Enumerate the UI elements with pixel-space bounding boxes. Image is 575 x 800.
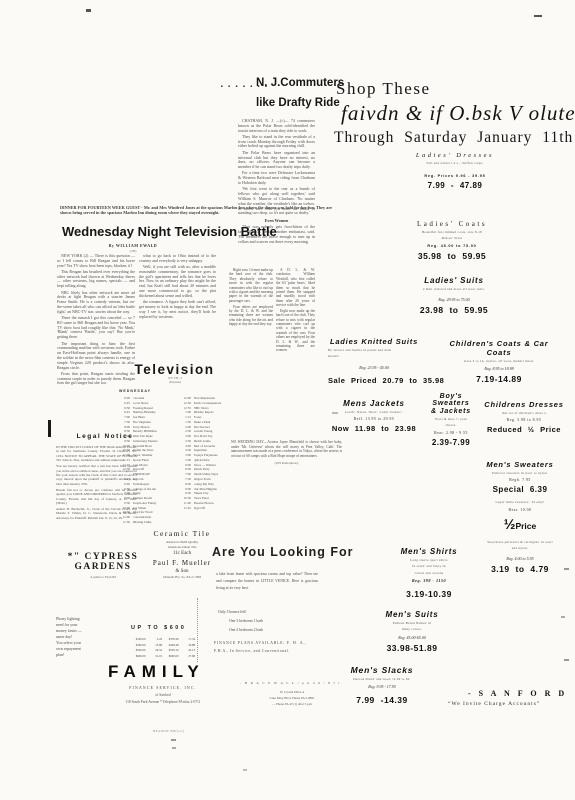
shop-these-line: Shop These bbox=[336, 79, 431, 99]
ad-line: America's BeM Quality bbox=[128, 540, 236, 544]
ad-item-boys-sweaters: Boy's Sweaters & Jackets Wool & shoe 7, … bbox=[421, 393, 481, 447]
item-sale-price: Now 11.98 to 23.98 bbox=[330, 424, 418, 433]
article-paragraph: Well, if you are still with us, after a … bbox=[139, 265, 216, 299]
article-paragraph: The Polar Bears have organized into an i… bbox=[238, 151, 315, 170]
item-title: Men's Slacks bbox=[338, 665, 426, 675]
home-option-1: One 3 bedroom 1 bath bbox=[229, 619, 263, 623]
home-option-2: One 2 bedroom 2 bath bbox=[229, 628, 263, 632]
half-glyph: ½ bbox=[504, 516, 516, 532]
item-title: Ladies' Suits bbox=[408, 276, 500, 285]
item-sale-price: 23.98 to 59.95 bbox=[408, 305, 500, 315]
photo-caption: DINNER FOR FOURTEEN WEEK GUEST - Mr. and… bbox=[60, 205, 332, 216]
loan-rate-table: $100.005.43$376.3617.34$300.0015.98$428.… bbox=[129, 637, 195, 660]
item-fineprint: Long sleeve sport shirts bbox=[396, 558, 462, 562]
finance-plans-line: FINANCE PLANS AVAILABLE: F. H. A., bbox=[214, 641, 307, 645]
commuters-headline-line2: like Drafty Ride bbox=[256, 97, 340, 109]
listing-program: Sign Off bbox=[194, 506, 237, 511]
item-reg-price: Reg. Prices 9.96 - 39.95 bbox=[403, 174, 507, 178]
article-paragraph: NBC likely has other network ate more ad… bbox=[57, 291, 135, 315]
item-fineprint: Our lot of children's dress a bbox=[484, 411, 564, 415]
ad-item-childrens-coats: Children's Coats & Car Coats sizes 3 to … bbox=[438, 339, 560, 384]
item-reg-price: Reg. 29.95 to 75.00 bbox=[408, 297, 500, 302]
tv-battle-col2: what to go back to Ohio instead of to th… bbox=[139, 254, 216, 321]
item-title: Men's Suits bbox=[380, 610, 444, 619]
item-sale-price: 7.99 -14.39 bbox=[338, 695, 426, 705]
item-sale-price: Special 6.39 bbox=[476, 485, 564, 494]
television-day-label: WEDNESDAY bbox=[119, 389, 151, 393]
item-sale-price: 7.19-14.89 bbox=[438, 374, 560, 384]
ad-title2: GARDENS bbox=[66, 562, 140, 572]
byline: By WILLIAM EWALD bbox=[88, 243, 178, 248]
item-fineprint: Leath', Nylon, Wool', Cadet Jackets'. bbox=[330, 410, 418, 414]
item-fineprint: By Jersaci and Seebia in pastel and dark bbox=[328, 348, 420, 352]
item-sale-price: Reduced ½ Price bbox=[484, 425, 564, 434]
scan-speck bbox=[564, 568, 569, 570]
wire-agency: (UPI) bbox=[88, 249, 178, 253]
scan-speck bbox=[171, 739, 176, 741]
ad-item-ladies-suits: Ladies' Suits 2 Knit tailored and dress … bbox=[408, 276, 500, 315]
article-paragraph: Right now 14 men make up the hard core o… bbox=[229, 268, 273, 303]
item-reg-price: Reg. 398 - 1150 bbox=[396, 578, 462, 583]
half-price-mark: ½Price bbox=[476, 516, 564, 534]
ad-tagline: A guide to FloridM bbox=[66, 575, 140, 579]
item-fineprint: many colors. bbox=[380, 627, 444, 631]
legal-paragraph: IN THE CIRCUIT COURT OF THE Ninth Judici… bbox=[56, 445, 137, 463]
item-reg-price: Rear. 2.98 - 9.55 bbox=[421, 431, 481, 435]
item-title: Childrens Dresses bbox=[484, 400, 564, 409]
legal-paragraph: Herein fail not or decree pro confesso w… bbox=[56, 488, 137, 506]
item-title: Men's Shirts bbox=[396, 547, 462, 556]
family-finance-city: of Sanford bbox=[104, 693, 222, 697]
loan-amount-headline: UP TO $600 bbox=[131, 625, 186, 631]
item-reg-price: Reg. 4.00 to 5.95 bbox=[476, 556, 564, 561]
cell: $600.00 bbox=[162, 654, 179, 660]
column-rule bbox=[197, 598, 198, 662]
legend-line: (Daytona) bbox=[135, 381, 215, 385]
ad-item-ladies-knitted-suits: Ladies Knitted Suits By Jersaci and Seeb… bbox=[328, 337, 420, 385]
commuters-continuation-col2: A D. L. & W. conductor, William Westfall… bbox=[276, 268, 315, 354]
item-reg-price: Reg. 9.95 - 17.95 bbox=[338, 684, 426, 689]
item-reg-price: Regb. 7.95 bbox=[476, 478, 564, 482]
item-reg-price: Reg. 23.95 - 45.00 bbox=[328, 365, 420, 370]
cell: 31.19 bbox=[146, 654, 163, 660]
item-fineprint: Dacron blend' and wool, in 29 to 50. bbox=[338, 677, 426, 681]
item-fineprint: 2 Knit tailored and dress all wool suits… bbox=[408, 287, 500, 291]
photo-credit: (UPI Radiophoto) bbox=[231, 461, 342, 465]
cell: $600.00 bbox=[129, 654, 146, 660]
legal-notice-body: IN THE CIRCUIT COURT OF THE Ninth Judici… bbox=[56, 445, 137, 522]
ad-item-mens-sweaters: Men's Sweaters Pullover sweaters in wool… bbox=[476, 460, 564, 574]
item-reg-price: Reg. 3.98 to 8.95 bbox=[484, 418, 564, 422]
listing-program: Missing Links bbox=[133, 520, 176, 525]
family-finance-address: 118 South Park Avenue * Telephone FAirfa… bbox=[80, 700, 246, 704]
item-title: Ladies' Coats bbox=[398, 220, 506, 228]
cypress-gardens-ad: *" CYPRESS GARDENS A guide to FloridM bbox=[66, 552, 140, 579]
charge-accounts-line: “We Invite Charge Accounts” bbox=[448, 701, 540, 707]
tv-listings-col2: 12:00First Impression12:30Truth, Consequ… bbox=[178, 396, 236, 510]
ad-item-mens-suits: Men's Suits Famous Brand Names' in many … bbox=[380, 610, 444, 653]
item-fineprint: choice. bbox=[421, 423, 481, 427]
item-title2: & Jackets bbox=[421, 408, 481, 415]
bracewell-line3: Lake Mary Blvd. Phone FA 2-0881 bbox=[250, 696, 334, 700]
item-fineprint: Pullover sweaters in wool or nylon. bbox=[476, 471, 564, 475]
article-paragraph: the romance. A figure they both can't af… bbox=[139, 300, 216, 319]
caption-text: NO WEDDING DAY—Actress Jayne Mansfield i… bbox=[231, 440, 342, 459]
item-fineprint: Fall and winter i n a , chiffon crepe. bbox=[403, 161, 507, 165]
footer-mark-text: HEADNW BB(few) bbox=[153, 729, 185, 733]
ad-item-ladies-dresses: Ladies' Dresses Fall and winter i n a , … bbox=[403, 152, 507, 190]
tv-listing-row: 11:45Sign Off bbox=[178, 506, 236, 511]
item-fineprint: Wool & shoe 7, your bbox=[421, 417, 481, 421]
item-sale-price: 33.98-51.89 bbox=[380, 643, 444, 653]
margin-mark bbox=[48, 420, 51, 437]
looking-for-headline: Are You Looking For bbox=[212, 545, 353, 559]
family-finance-logo: FAMILY bbox=[108, 662, 205, 682]
scan-speck bbox=[561, 616, 565, 618]
item-title: Men's Sweaters bbox=[476, 460, 564, 469]
item-fineprint: shades'. bbox=[328, 354, 420, 358]
item-sale-price: 3.19 to 4.79 bbox=[476, 564, 564, 574]
item-reg-price: Reff. 13.95 to 29.95 bbox=[330, 417, 418, 421]
item-fineprint: cotton and cottons bbox=[396, 571, 462, 575]
tv-battle-headline: Wednesday Night Television Battle bbox=[62, 224, 277, 239]
item-title: Mens Jackets bbox=[330, 399, 418, 408]
item-fineprint: Famous Brand Names' in bbox=[380, 621, 444, 625]
article-paragraph: Four others are employed by the D. L. & … bbox=[229, 305, 273, 327]
item-fineprint: Beautiful fur-trimmed coats, size 8-18 bbox=[398, 230, 506, 234]
article-paragraph: There the rumash I got this canceled — s… bbox=[57, 316, 135, 340]
item-sale-price: 7.99 - 47.89 bbox=[403, 181, 507, 190]
ad-line: plan! bbox=[56, 652, 105, 658]
mansfield-photo-caption: NO WEDDING DAY—Actress Jayne Mansfield i… bbox=[231, 440, 342, 465]
ad-title: *" CYPRESS bbox=[66, 552, 140, 562]
newspaper-scan-page: { "colors": {"ink": "#1a1a1a", "paper": … bbox=[0, 0, 575, 800]
ad-item-ladies-coats: Ladies' Coats Beautiful fur-trimmed coat… bbox=[398, 220, 506, 261]
item-fineprint: In solid' and fancy In bbox=[396, 564, 462, 568]
ad-item-mens-jackets: Mens Jackets Leath', Nylon, Wool', Cadet… bbox=[330, 399, 418, 433]
item-title: Boy's Sweaters bbox=[421, 393, 481, 407]
legal-notice-title: Legal Notice bbox=[68, 433, 142, 440]
listing-time: 11:45 bbox=[178, 506, 191, 511]
article-paragraph: Eight now make up the hard core of the c… bbox=[276, 309, 315, 353]
article-paragraph: CHATHAM, N. J. —(c)— 74 commuters known … bbox=[238, 119, 315, 133]
bracewell-line4: — Phone FA-W (1) after 5 p.m bbox=[248, 702, 336, 706]
scan-speck bbox=[172, 747, 176, 749]
article-paragraph: NEW YORK (2) — There is this question — … bbox=[57, 254, 135, 268]
loan-ad-copy: Phony lightingneed for yourmoney faster … bbox=[56, 616, 105, 658]
item-reg-price: Reg. 45.00-65.00 bbox=[380, 635, 444, 640]
price-word: Price bbox=[515, 521, 536, 531]
item-title: Ladies' Dresses bbox=[403, 152, 507, 159]
ad-item-mens-slacks: Men's Slacks Dacron blend' and wool, in … bbox=[338, 665, 426, 705]
family-finance-subtitle: FINANCE SERVICE, INC. bbox=[104, 686, 222, 690]
item-title: Children's Coats & Car Coats bbox=[438, 339, 560, 357]
item-sale-price: 3.19-10.39 bbox=[396, 589, 462, 599]
bracewell-line2: W. Crystal Drive A bbox=[262, 690, 322, 694]
commuters-paragraphs: CHATHAM, N. J. —(c)— 74 commuters known … bbox=[238, 119, 315, 216]
article-paragraph: This Reagan has brushed over everything … bbox=[57, 270, 135, 289]
commuters-subhead: Even Women bbox=[238, 218, 315, 223]
item-fineprint: Misses' Sizes bbox=[398, 236, 506, 240]
legal-paragraph: You are hereby notified that a suit has … bbox=[56, 464, 137, 486]
ad-title: Ceramic Tile bbox=[128, 529, 236, 538]
item-reg-price: Reg. 8.95 to 18.98 bbox=[438, 366, 560, 371]
ad-item-childrens-dresses: Childrens Dresses Our lot of children's … bbox=[484, 400, 564, 434]
ad-item-mens-shirts: Men's Shirts Long sleeve sport shirts In… bbox=[396, 547, 462, 599]
commuters-headline-line1: N. J.Commuters bbox=[256, 77, 344, 89]
article-paragraph: what to go back to Ohio instead of to th… bbox=[139, 254, 216, 264]
item-fineprint: Legal' mine sweaters', 34 only! bbox=[476, 500, 564, 504]
item-sale-price: 2.39-7.99 bbox=[421, 438, 481, 447]
scan-speck bbox=[564, 659, 569, 661]
bracewell-line1: - B R A C E W A L L / p k 4 6 / 8 f t bbox=[240, 681, 341, 685]
through-saturday-line: Through Saturday January 11th bbox=[334, 129, 573, 147]
commuters-continuation-col1: Right now 14 men make up the hard core o… bbox=[229, 268, 273, 328]
homes-left-line: Only 3 homes left! bbox=[218, 610, 247, 614]
item-sale-price: 35.98 to 59.95 bbox=[398, 251, 506, 261]
scan-speck bbox=[86, 9, 91, 12]
item-fineprint: and nylon. bbox=[476, 546, 564, 550]
table-row: $600.0031.19$600.0027.96 bbox=[129, 654, 195, 660]
scan-speck bbox=[534, 15, 542, 17]
television-section-title: Television bbox=[112, 362, 237, 377]
finance-types-line: F.H.A., In Service, and Conventional. bbox=[214, 649, 290, 653]
television-legend: W E S H - 2(Daytona) bbox=[135, 377, 215, 385]
article-paragraph: For a time two were Delaware Lackawanna … bbox=[238, 171, 315, 185]
article-paragraph: A D. L. & W. conductor, William Westfall… bbox=[276, 268, 315, 307]
script-headline: faivdn & if O.bsk V olute bbox=[341, 101, 575, 126]
item-title: Ladies Knitted Suits bbox=[328, 337, 420, 346]
item-reg-price: Reg. 45.00 to 75.00 bbox=[398, 244, 506, 248]
legal-paragraph: Arthur H. Beckwith, Jr., Clerk of the Ci… bbox=[56, 507, 137, 520]
sanford-store-signature: - S A N F O R D bbox=[468, 689, 567, 698]
cell: 27.96 bbox=[179, 654, 196, 660]
item-reg-price: Rear. 10.00 bbox=[476, 508, 564, 512]
scan-speck bbox=[243, 769, 247, 771]
looking-for-body: a lake front home with spacious rooms an… bbox=[216, 571, 318, 591]
item-fineprint: sizes 3 to 14, twelve, all wool, mohair … bbox=[438, 359, 560, 363]
item-fineprint: Sleeveless pullovers & cardigans' in woo… bbox=[476, 540, 564, 544]
advertiser-name: Paul F. Mueller bbox=[128, 559, 236, 567]
item-sale-price: Sale Priced 20.79 to 35.98 bbox=[328, 376, 420, 385]
article-paragraph: They like to stand in the rear vestibule… bbox=[238, 135, 315, 149]
